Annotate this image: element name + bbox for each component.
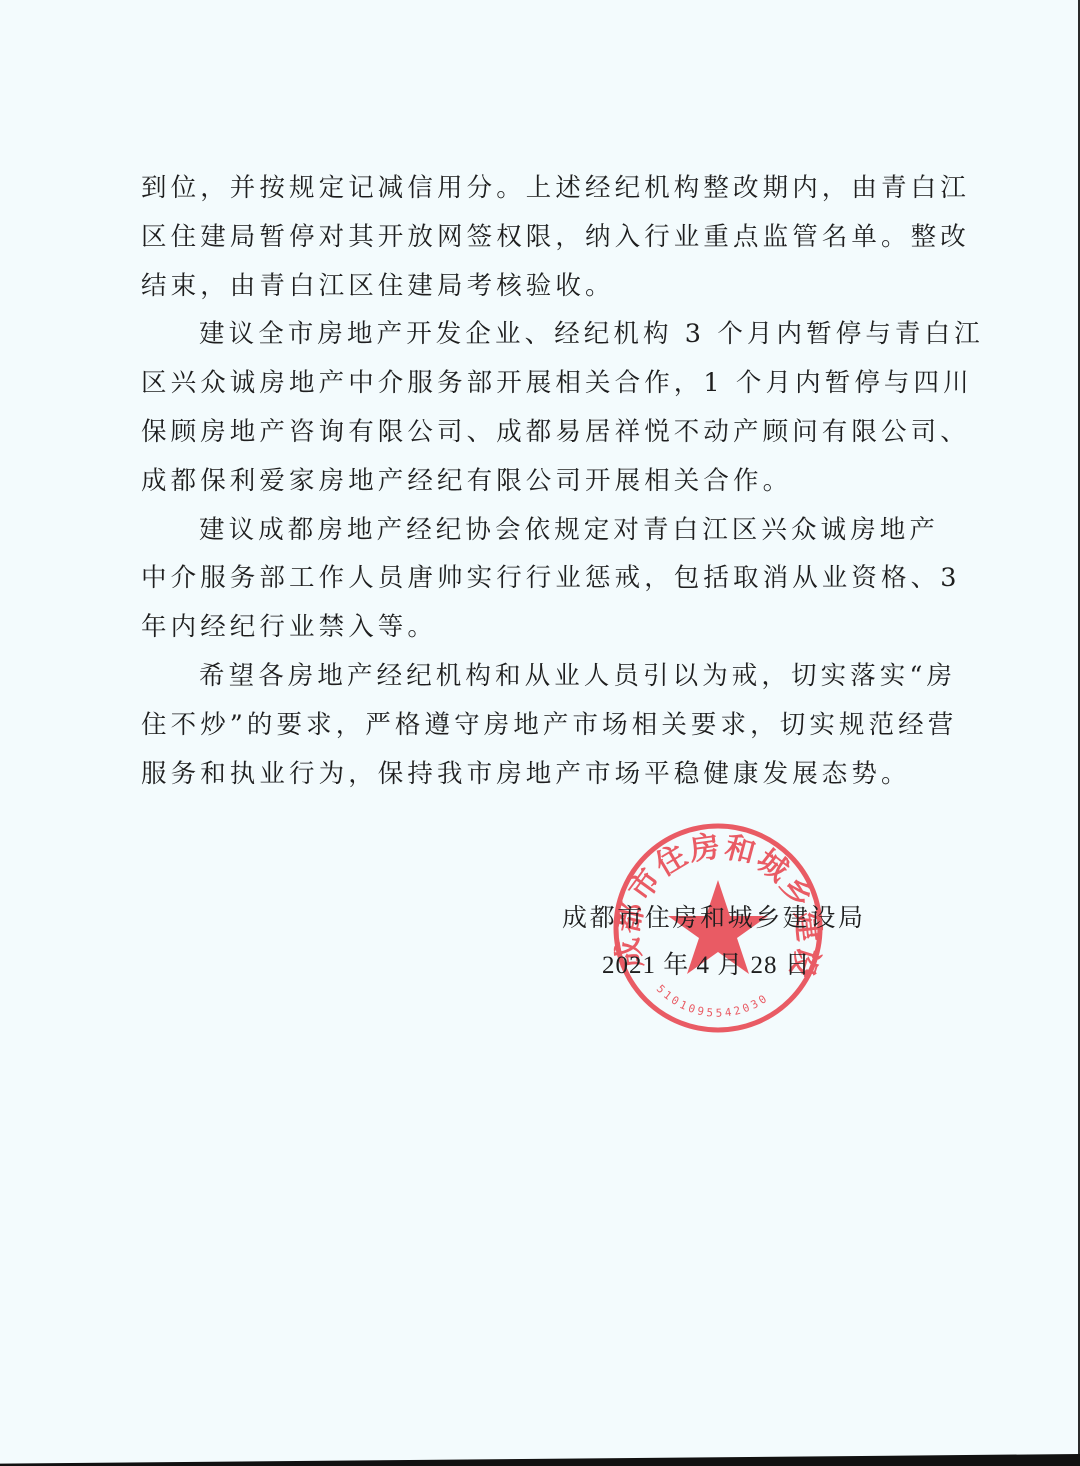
document-page: 到位，并按规定记减信用分。上述经纪机构整改期内，由青白江 区住建局暂停对其开放网… <box>0 0 1080 1466</box>
text-line: 到位，并按规定记减信用分。上述经纪机构整改期内，由青白江 <box>141 164 941 213</box>
text-line: 区兴众诚房地产中介服务部开展相关合作，1 个月内暂停与四川 <box>141 359 941 408</box>
text-line: 住不炒”的要求，严格遵守房地产市场相关要求，切实规范经营 <box>141 701 941 750</box>
paragraph-1: 到位，并按规定记减信用分。上述经纪机构整改期内，由青白江 区住建局暂停对其开放网… <box>141 164 941 310</box>
text-line: 希望各房地产经纪机构和从业人员引以为戒，切实落实“房 <box>141 652 941 701</box>
signature-block: 成都市住房和城乡建设局 2021 年 4 月 28 日 <box>562 896 866 992</box>
text-line: 年内经纪行业禁入等。 <box>141 603 941 652</box>
issuing-organization: 成都市住房和城乡建设局 <box>562 896 866 940</box>
document-body: 到位，并按规定记减信用分。上述经纪机构整改期内，由青白江 区住建局暂停对其开放网… <box>141 164 941 798</box>
text-line: 保顾房地产咨询有限公司、成都易居祥悦不动产顾问有限公司、 <box>141 408 941 457</box>
text-line: 成都保利爱家房地产经纪有限公司开展相关合作。 <box>141 457 941 506</box>
text-line: 区住建局暂停对其开放网签权限，纳入行业重点监管名单。整改 <box>141 213 941 262</box>
paragraph-4: 希望各房地产经纪机构和从业人员引以为戒，切实落实“房 住不炒”的要求，严格遵守房… <box>141 652 941 798</box>
text-line: 建议全市房地产开发企业、经纪机构 3 个月内暂停与青白江 <box>141 310 941 359</box>
text-line: 中介服务部工作人员唐帅实行行业惩戒，包括取消从业资格、3 <box>141 554 941 603</box>
scan-edge-bottom <box>0 1454 1080 1466</box>
text-line: 服务和执业行为，保持我市房地产市场平稳健康发展态势。 <box>141 750 941 799</box>
text-line: 结束，由青白江区住建局考核验收。 <box>141 262 941 311</box>
paragraph-3: 建议成都房地产经纪协会依规定对青白江区兴众诚房地产 中介服务部工作人员唐帅实行行… <box>141 506 941 652</box>
paragraph-2: 建议全市房地产开发企业、经纪机构 3 个月内暂停与青白江 区兴众诚房地产中介服务… <box>141 310 941 505</box>
issue-date: 2021 年 4 月 28 日 <box>562 940 866 992</box>
text-line: 建议成都房地产经纪协会依规定对青白江区兴众诚房地产 <box>141 506 941 555</box>
